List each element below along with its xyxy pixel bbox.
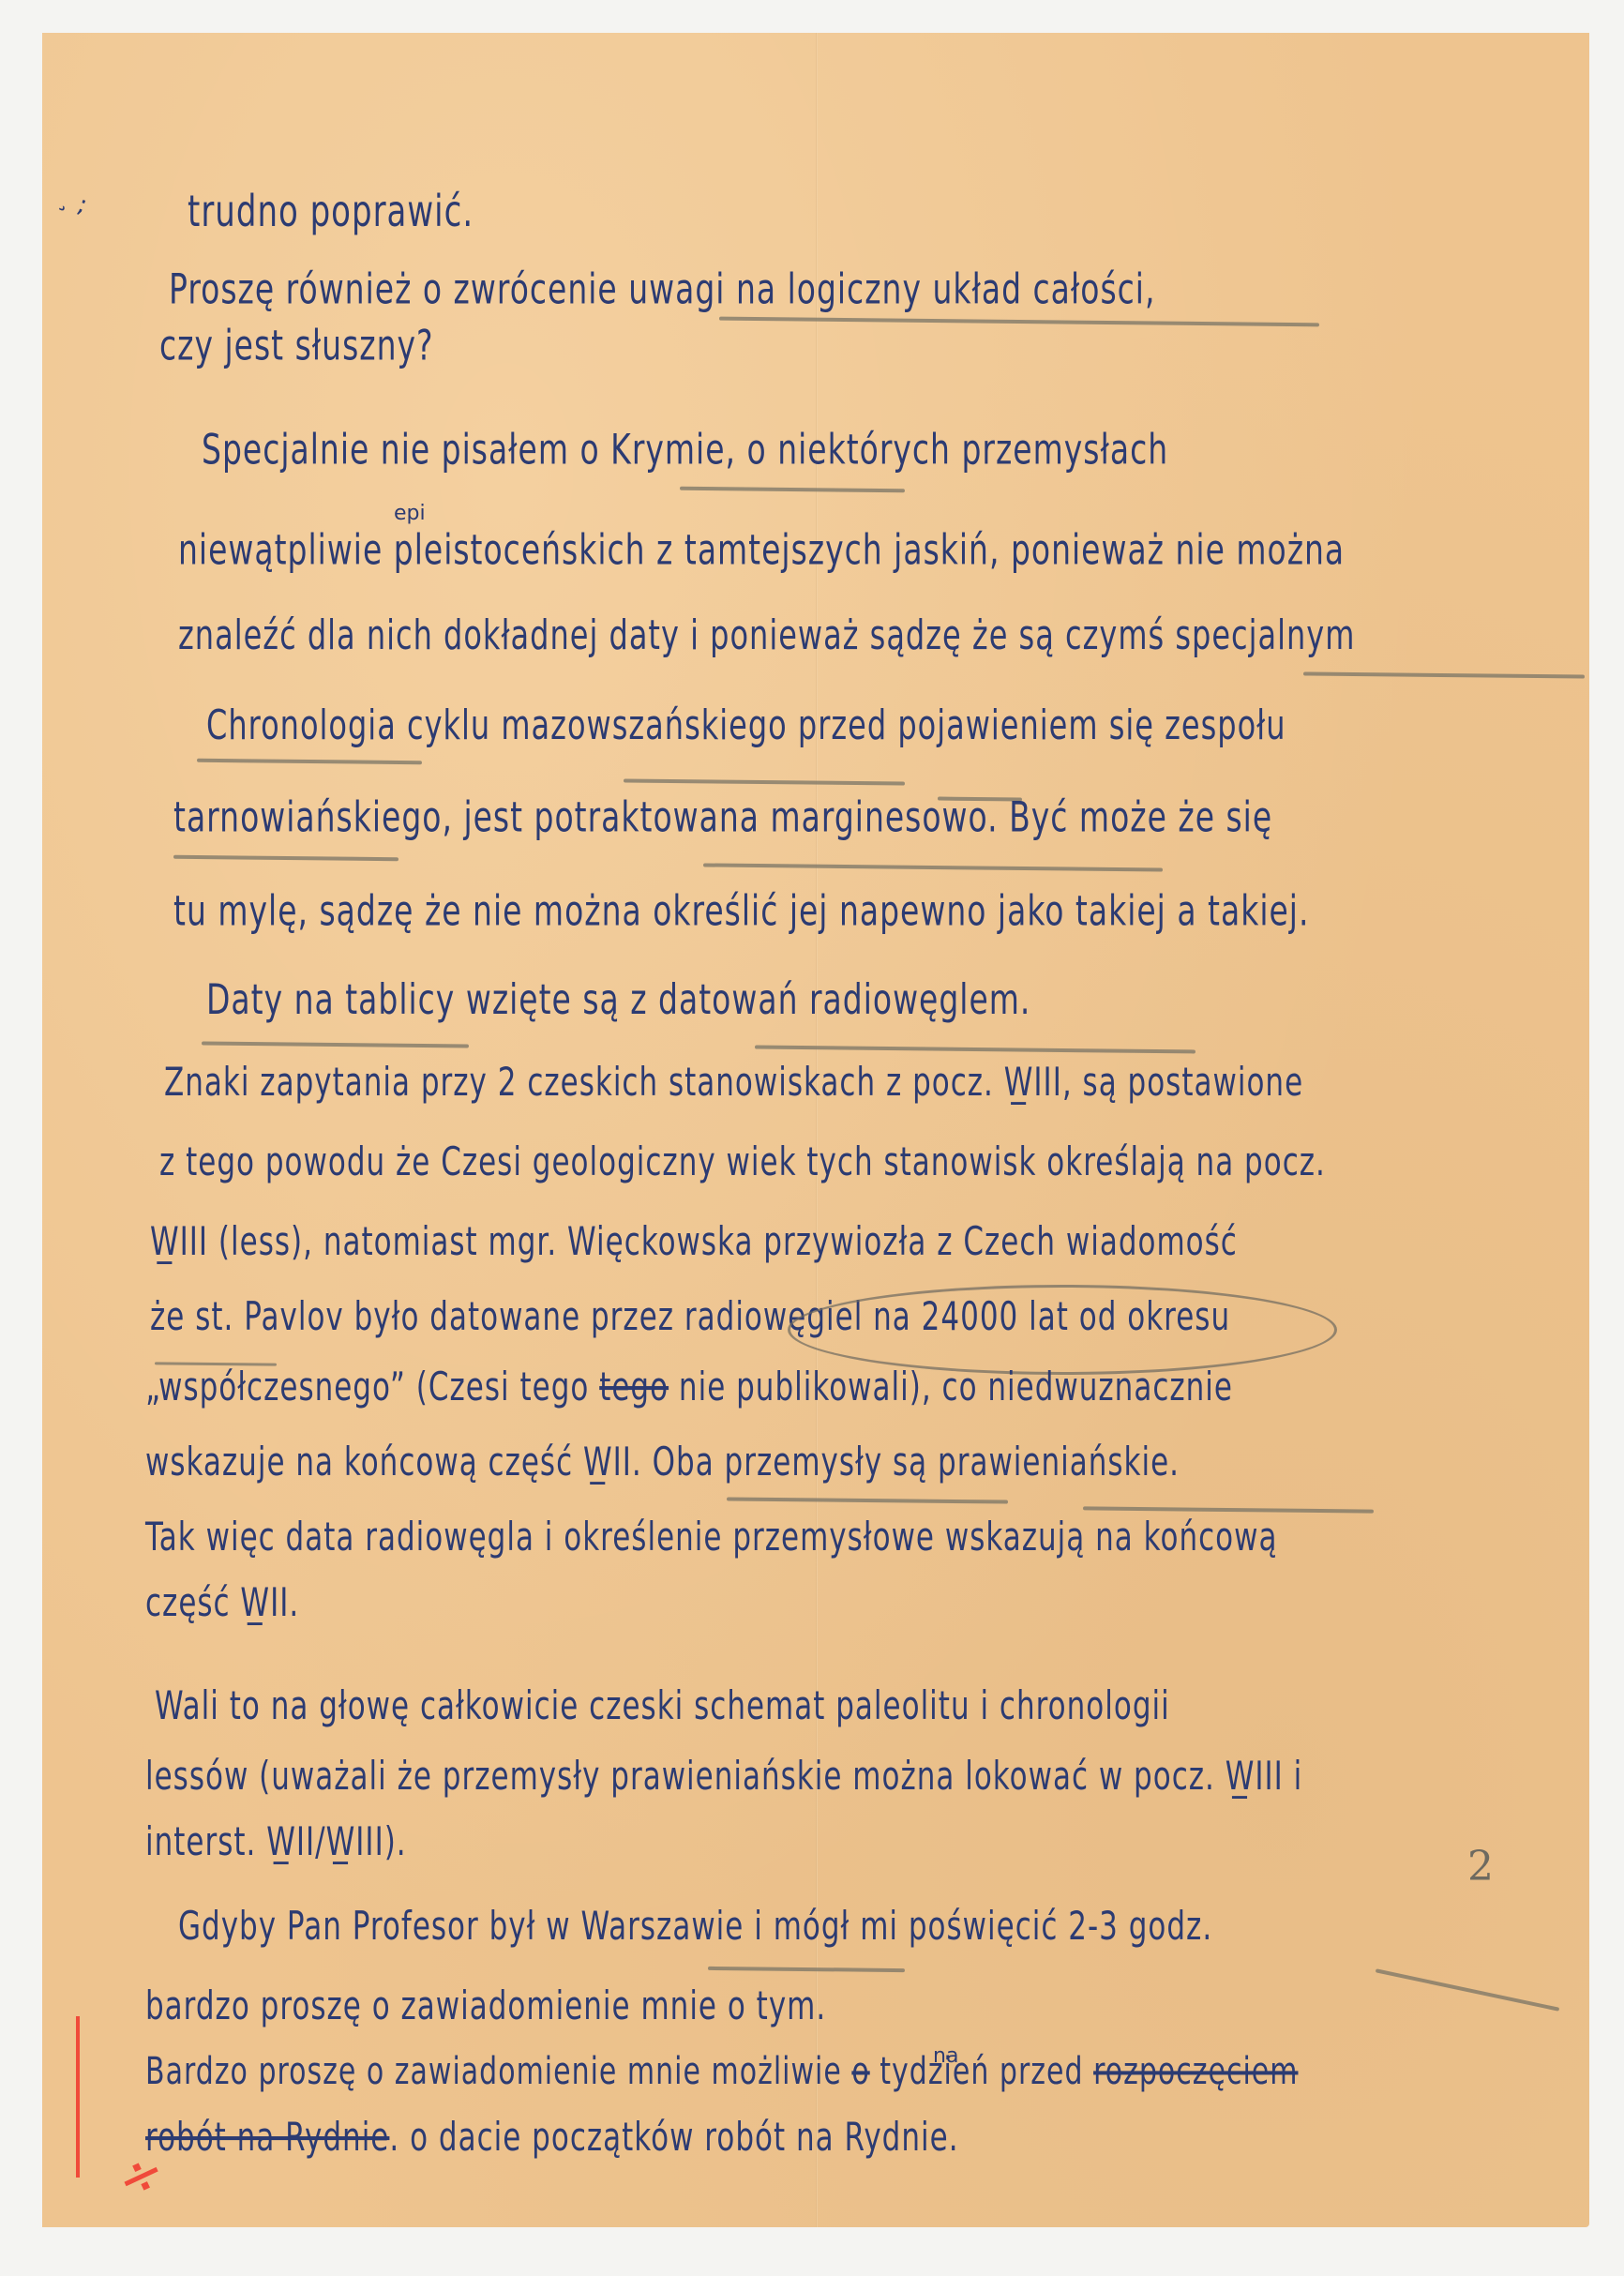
line-20: lessów (uważali że przemysły prawieniańs… [145,1757,1302,1797]
corner-ink-marks: ¸ ; [55,184,91,219]
struck-word: rozpoczęciem [1093,2049,1298,2093]
struck-word: tego [599,1364,669,1410]
line-13: W̲III (less), natomiast mgr. Więckowska … [150,1223,1238,1262]
line-25-part-b: . o dacie początków robót na Rydnie. [389,2115,958,2161]
line-17: Tak więc data radiowęgla i określenie pr… [145,1518,1277,1558]
line-24-part-a: Bardzo proszę o zawiadomienie mnie możli… [145,2049,851,2093]
line-7: Chronologia cyklu mazowszańskiego przed … [206,705,1286,746]
pencil-underline [197,759,422,765]
pencil-underline [755,1046,1195,1054]
pencil-underline [624,778,905,785]
letter-page: ¸ ; trudno poprawić. Proszę również o zw… [42,33,1589,2227]
paper-fold-crease [816,33,818,2227]
line-15: „współczesnego” (Czesi tego tego nie pub… [145,1368,1233,1408]
line-11: Znaki zapytania przy 2 czeskich stanowis… [164,1063,1303,1103]
line-9: tu mylę, sądzę że nie można określić jej… [173,889,1309,931]
line-8: tarnowiańskiego, jest potraktowana margi… [173,795,1272,837]
pencil-circle-radiocarbon-date [788,1285,1337,1375]
line-16: wskazuje na końcową część W̲II. Oba prze… [145,1443,1180,1483]
red-margin-line [76,2016,80,2178]
pencil-underline [1303,671,1585,678]
line-6: znaleźć dla nich dokładnej daty i poniew… [178,615,1355,656]
line-4: Specjalnie nie pisałem o Krymie, o niekt… [202,428,1168,470]
insertion-epi: epi [394,502,426,525]
pencil-underline [719,317,1319,327]
line-12: z tego powodu że Czesi geologiczny wiek … [159,1143,1326,1183]
pencil-underline [703,863,1163,871]
line-2: Proszę również o zwrócenie uwagi na logi… [169,267,1155,309]
pencil-underline [680,487,905,493]
pencil-underline [173,855,398,862]
pencil-underline [1376,1968,1559,2011]
pencil-underline [708,1967,905,1972]
line-23: bardzo proszę o zawiadomienie mnie o tym… [145,1987,826,2027]
line-19: Wali to na głowę całkowicie czeski schem… [155,1687,1170,1726]
line-15-part-b: nie publikowali), co niedwuznacznie [669,1364,1233,1410]
line-18: część W̲II. [145,1584,299,1623]
line-21: interst. W̲II/W̲III). [145,1823,407,1862]
pencil-underline [1083,1506,1374,1513]
line-3: czy jest słuszny? [159,324,434,366]
pencil-page-number: 2 [1467,1843,1494,1891]
pencil-underline [727,1497,1008,1503]
line-10: Daty na tablicy wzięte są z datowań radi… [206,978,1030,1020]
struck-phrase: robót na Rydnie [145,2115,389,2161]
struck-word: o [851,2049,869,2093]
line-24-part-b: tydzień przed [870,2049,1093,2093]
line-24: Bardzo proszę o zawiadomienie mnie możli… [145,2054,1298,2092]
line-15-part-a: „współczesnego” (Czesi tego [145,1364,599,1410]
pencil-underline [202,1042,469,1048]
line-1: trudno poprawić. [188,190,474,234]
line-25: robót na Rydnie. o dacie początków robót… [145,2118,959,2158]
line-5: niewątpliwie pleistoceńskich z tamtejszy… [178,528,1345,570]
line-22: Gdyby Pan Profesor był w Warszawie i móg… [178,1907,1212,1947]
